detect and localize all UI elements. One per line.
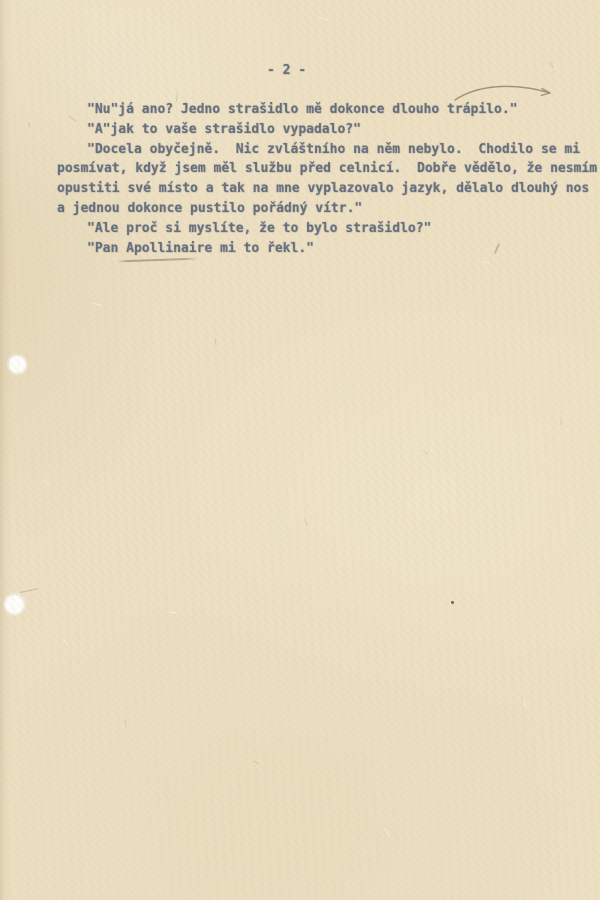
paper-fiber xyxy=(318,16,328,20)
pencil-curved-arrow-icon xyxy=(451,80,563,106)
paper-tear-line xyxy=(20,588,39,593)
paper-fiber xyxy=(215,339,217,346)
paper-speck xyxy=(451,601,454,604)
paper-fiber xyxy=(560,420,563,426)
page-number: - 2 - xyxy=(267,63,306,78)
paper-fiber xyxy=(63,639,69,646)
paper-fiber xyxy=(125,719,126,726)
scanned-typewritten-page: - 2 - "Nu"já ano? Jedno strašidlo mě dok… xyxy=(0,0,600,900)
paper-fiber xyxy=(304,519,308,527)
paper-fiber xyxy=(92,303,102,306)
typewritten-line: "Ale proč si myslíte, že to bylo strašid… xyxy=(57,219,600,239)
paper-fiber xyxy=(42,480,50,485)
punch-hole xyxy=(4,594,25,615)
typewritten-line: opustiti své místo a tak na mne vyplazov… xyxy=(57,179,600,199)
paper-fiber xyxy=(482,261,490,264)
paper-fiber xyxy=(384,828,390,837)
typewritten-line: "Pan Apollinaire mi to řekl." xyxy=(57,239,600,259)
paper-fiber xyxy=(252,760,260,764)
typewritten-line: "Docela obyčejně. Nic zvláštního na něm … xyxy=(57,140,600,160)
typewritten-line: posmívat, když jsem měl službu před celn… xyxy=(57,159,600,179)
paper-fiber xyxy=(423,450,429,456)
paper-fiber xyxy=(549,61,553,68)
punch-hole xyxy=(8,355,27,374)
typewritten-text-block: "Nu"já ano? Jedno strašidlo mě dokonce d… xyxy=(57,100,600,258)
paper-fiber xyxy=(523,698,526,707)
paper-fiber xyxy=(28,121,30,127)
typewritten-line: a jednou dokonce pustilo pořádný vítr." xyxy=(57,199,600,219)
paper-fiber xyxy=(168,611,178,613)
typewritten-line: "A"jak to vaše strašidlo vypadalo?" xyxy=(57,120,600,140)
